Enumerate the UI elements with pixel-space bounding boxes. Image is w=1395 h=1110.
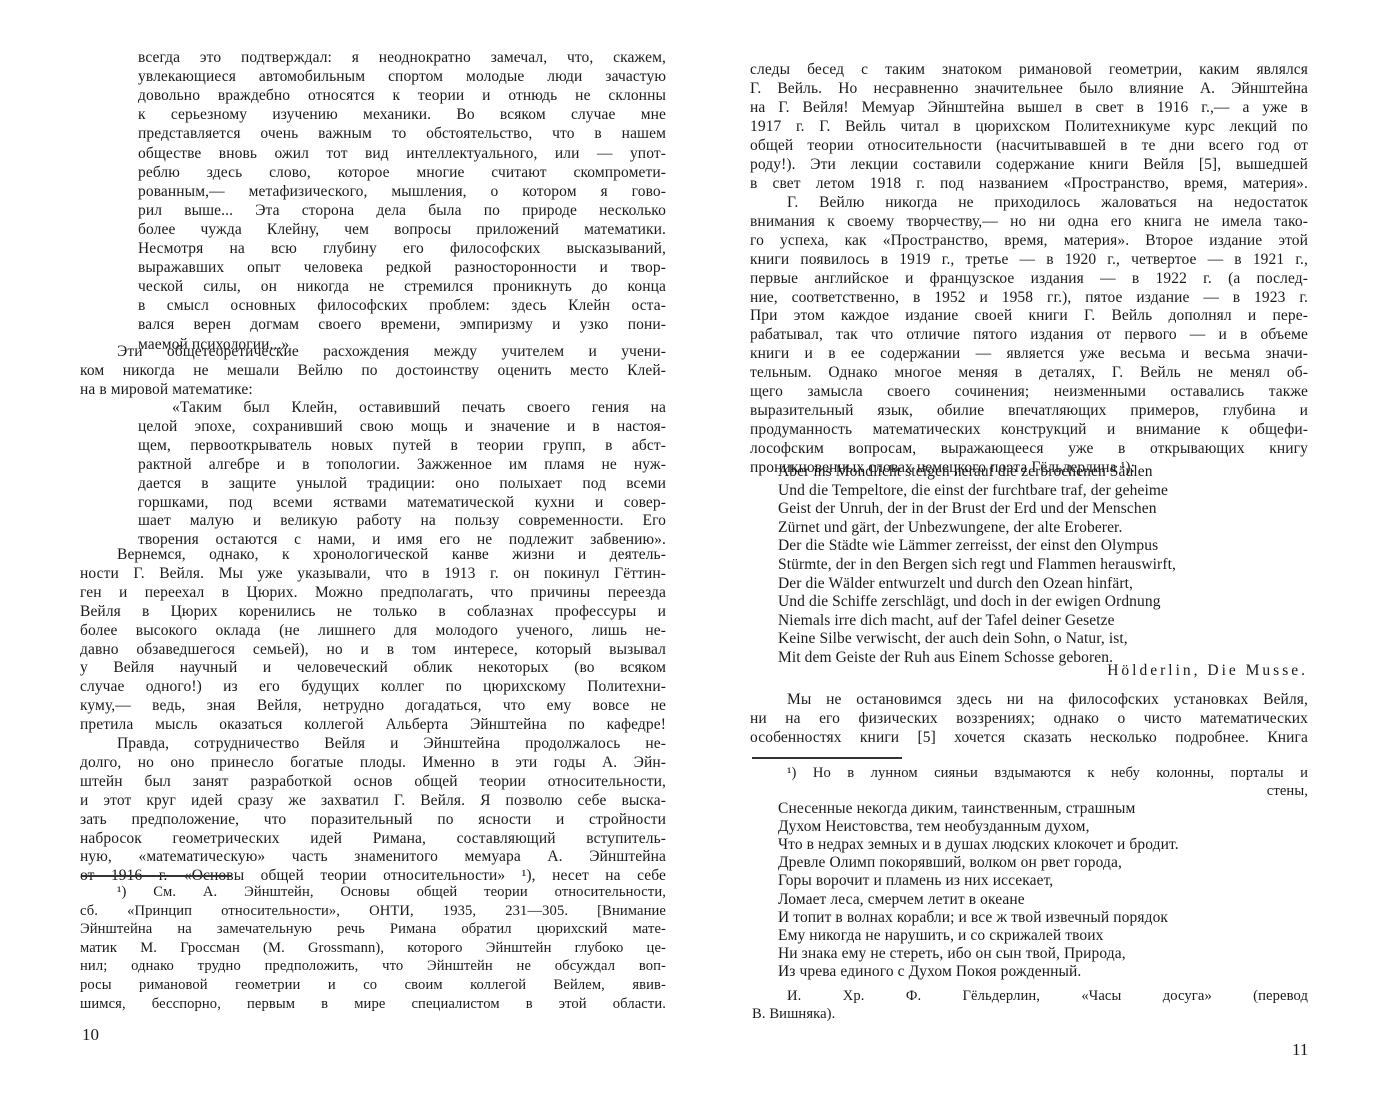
quote-line: представляется очень важным то обстоятел… [138, 125, 666, 143]
quote-line: «Таким был Клейн, оставивший печать свое… [172, 399, 666, 417]
quote-line: щем, первооткрыватель новых путей в теор… [138, 437, 666, 455]
poem-line: Und die Schiffe zerschlägt, und doch in … [778, 593, 1308, 611]
footnote-poem-line: Что в недрах земных и в душах людских кл… [778, 836, 1308, 854]
quote-line: шает малую и великую работу на пользу со… [138, 512, 666, 530]
paragraph-line: на в мировой математике: [80, 381, 666, 399]
paragraph-line: ком никогда не мешали Вейлю по достоинст… [80, 362, 666, 380]
quote-line: более чужда Клейну, чем вопросы приложен… [138, 221, 666, 239]
paragraph-line: долго, но оно принесло богатые плоды. Им… [80, 754, 666, 772]
quote-line: целой эпохе, сохранивший свою мощь и зна… [138, 418, 666, 436]
paragraph-line: общей теории относительности (насчитывав… [750, 137, 1308, 155]
poem-line: Aber ins Mondlicht steigen herauf die ze… [778, 463, 1308, 481]
paragraph-line: и этот круг идей сразу же захватил Г. Ве… [80, 792, 666, 810]
quote-line: увлекающиеся автомобильным спортом молод… [138, 68, 666, 86]
paragraph-line: щего замысла своего сочинения; неизменны… [750, 383, 1308, 401]
paragraph-line: ние, соответственно, в 1952 и 1958 гг.),… [750, 289, 1308, 307]
page-number: 10 [82, 1025, 99, 1045]
paragraph-line: набросок геометрических идей Римана, сос… [80, 830, 666, 848]
page-number: 11 [1292, 1040, 1308, 1060]
paragraph-line: Вернемся, однако, к хронологической канв… [117, 546, 666, 564]
poem-attribution: Hölderlin, Die Musse. [1040, 662, 1308, 680]
quote-line: реблю здесь слово, которое многие считаю… [138, 164, 666, 182]
paragraph-line: ген и переехал в Цюрих. Можно предполага… [80, 584, 666, 602]
paragraph-line: Мы не остановимся здесь ни на философски… [787, 691, 1308, 709]
paragraph-line: на Г. Вейля! Мемуар Эйнштейна вышел в св… [750, 99, 1308, 117]
footnote-attribution: И. Хр. Ф. Гёльдерлин, «Часы досуга» (пер… [787, 987, 1308, 1005]
paragraph-line: куму,— ведь, зная Вейля, нетрудно догада… [80, 697, 666, 715]
footnote-line: росы римановой геометрии и со своим колл… [80, 976, 666, 994]
footnote-poem-line: Духом Неистовства, тем необузданным духо… [778, 818, 1308, 836]
paragraph-line: ни на его физических воззрениях; однако … [750, 710, 1308, 728]
poem-line: Geist der Unruh, der in der Brust der Er… [778, 500, 1308, 518]
quote-line: в смысл основных философских проблем: зд… [138, 297, 666, 315]
paragraph-line: первые английское и французское издания … [750, 270, 1308, 288]
paragraph-line: особенностях книги [5] хочется сказать н… [750, 729, 1308, 747]
paragraph-line: Г. Вейлю никогда не приходилось жаловать… [787, 194, 1308, 212]
footnote-divider [752, 757, 902, 759]
quote-line: обществе вновь ожил тот вид интеллектуал… [138, 145, 666, 163]
poem-line: Zürnet und gärt, der Unbezwungene, der a… [778, 519, 1308, 537]
paragraph-line: продуманность математических конструкций… [750, 421, 1308, 439]
footnote-poem-line: Снесенные некогда диким, таинственным, с… [778, 800, 1308, 818]
footnote-poem-line: Ни знака ему не стереть, ибо он сын твой… [778, 945, 1308, 963]
paragraph-line: следы бесед с таким знатоком римановой г… [750, 61, 1308, 79]
poem-line: Der die Wälder entwurzelt und durch den … [778, 575, 1308, 593]
footnote-poem-line: Древле Олимп покорявший, волком он рвет … [778, 854, 1308, 872]
paragraph-line: роду!). Эти лекции составили содержание … [750, 156, 1308, 174]
poem-line: Der die Städte wie Lämmer zerreisst, der… [778, 537, 1308, 555]
paragraph-line: внимания к своему творчеству,— но ни одн… [750, 213, 1308, 231]
paragraph-line: Вейля в Цюрих коренились не только в соб… [80, 603, 666, 621]
footnote-line: сб. «Принцип относительности», ОНТИ, 193… [80, 902, 666, 920]
footnote-poem-line: Из чрева единого с Духом Покоя рожденный… [778, 963, 1308, 981]
paragraph-line: Правда, сотрудничество Вейля и Эйнштейна… [117, 735, 666, 753]
paragraph-line: ную, «математическую» часть знаменитого … [80, 848, 666, 866]
paragraph-line: ности Г. Вейля. Мы уже указывали, что в … [80, 565, 666, 583]
paragraph-line: штейн был занят разработкой основ общей … [80, 773, 666, 791]
footnote-poem-line: Ломает леса, смерчем летит в океане [778, 891, 1308, 909]
footnote-line: ¹) См. А. Эйнштейн, Основы общей теории … [117, 883, 666, 901]
poem-line: Niemals irre dich macht, auf der Tafel d… [778, 612, 1308, 630]
poem-line: Stürmte, der in den Bergen sich regt und… [778, 556, 1308, 574]
paragraph-line: случае одного!) из его будущих коллег по… [80, 678, 666, 696]
paragraph-line: 1917 г. Г. Вейль читал в цюрихском Полит… [750, 118, 1308, 136]
footnote-line: шимся, бесспорно, первым в мире специали… [80, 995, 666, 1013]
quote-line: довольно враждебно относятся к теории и … [138, 87, 666, 105]
quote-line: Несмотря на всю глубину его философских … [138, 240, 666, 258]
paragraph-line: го успеха, как «Пространство, время, мат… [750, 232, 1308, 250]
footnote-attribution: В. Вишняка). [752, 1005, 1052, 1023]
quote-line: горшками, под всеми яствами математическ… [138, 494, 666, 512]
paragraph-line: давно обзаведшегося семьей), но и в том … [80, 641, 666, 659]
footnote-line: нил; однако трудно предположить, что Эйн… [80, 957, 666, 975]
paragraph-line: рабатывал, так что отличие пятого издани… [750, 326, 1308, 344]
footnote-poem-line: Ему никогда не нарушить, и со скрижалей … [778, 927, 1308, 945]
footnote-poem-line: И топит в волнах корабли; и все ж твой и… [778, 909, 1308, 927]
paragraph-line: в свет летом 1918 г. под названием «Прос… [750, 175, 1308, 193]
paragraph-line: книги и в ее содержании — является уже в… [750, 345, 1308, 363]
footnote-line: ¹) Но в лунном сияньи вздымаются к небу … [787, 764, 1308, 782]
paragraph-line: тельным. Однако многое меняя в деталях, … [750, 364, 1308, 382]
quote-line: рил выше... Эта сторона дела была по при… [138, 202, 666, 220]
footnote-line: Эйнштейна на замечательную речь Римана о… [80, 920, 666, 938]
footnote-line: матик М. Гроссман (M. Grossmann), которо… [80, 939, 666, 957]
paragraph-line: Эти общетеоретические расхождения между … [117, 343, 666, 361]
quote-line: выражавших опыт человека редкой разносто… [138, 259, 666, 277]
paragraph-line: у Вейля научный и человеческий облик нек… [80, 659, 666, 677]
poem-line: Und die Tempeltore, die einst der furcht… [778, 482, 1308, 500]
footnote-divider [82, 875, 232, 877]
footnote-poem-line: Горы ворочит и пламень из них иссекает, [778, 872, 1308, 890]
quote-line: вался верен догмам своего времени, эмпир… [138, 316, 666, 334]
poem-line: Keine Silbe verwischt, der auch dein Soh… [778, 630, 1308, 648]
quote-line: дается в защите унылой традиции: оно пол… [138, 475, 666, 493]
paragraph-line: претила мысль оказаться коллегой Альберт… [80, 716, 666, 734]
paragraph-line: книги появилось в 1919 г., третье — в 19… [750, 251, 1308, 269]
footnote-line: стены, [1200, 782, 1308, 800]
quote-line: к серьезному изучению механики. Во всяко… [138, 106, 666, 124]
quote-line: всегда это подтверждал: я неоднократно з… [138, 49, 666, 67]
paragraph-line: лософским вопросам, выражающееся уже в о… [750, 440, 1308, 458]
paragraph-line: При этом каждое издание своей книги Г. В… [750, 307, 1308, 325]
paragraph-line: выразительный язык, обилие впечатляющих … [750, 402, 1308, 420]
paragraph-line: Г. Вейль. Но несравненно значительнее бы… [750, 80, 1308, 98]
paragraph-line: зать предположение, что поразительный по… [80, 811, 666, 829]
quote-line: рованным,— метафизического, мышления, о … [138, 183, 666, 201]
paragraph-line: более высокого оклада (не лишнего для мо… [80, 622, 666, 640]
quote-line: ческой силы, он никогда не стремился про… [138, 278, 666, 296]
quote-line: рактной алгебре и в топологии. Зажженное… [138, 456, 666, 474]
